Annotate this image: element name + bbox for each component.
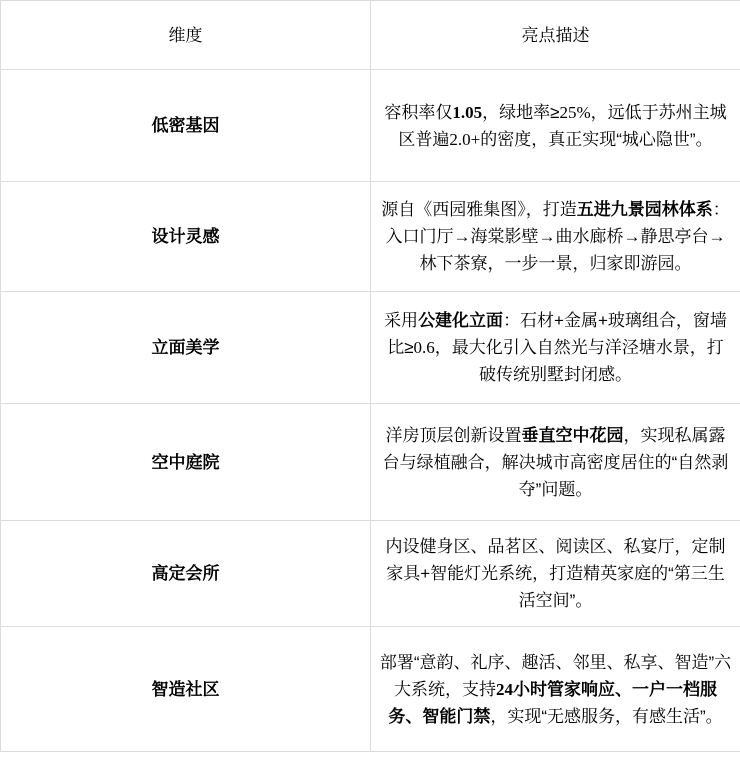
column-header-description: 亮点描述 (371, 1, 740, 70)
description-cell-design-inspiration: 源自《西园雅集图》，打造五进九景园林体系：入口门厅→海棠影壁→曲水廊桥→静思亭台… (371, 182, 740, 292)
description-segment: 洋房顶层创新设置 (386, 426, 522, 445)
description-segment: ，实现“无感服务，有感生活”。 (490, 707, 722, 726)
table-row: 立面美学 采用公建化立面：石材+金属+玻璃组合，窗墙比≥0.6，最大化引入自然光… (1, 292, 740, 404)
description-segment: 容积率仅 (384, 103, 452, 122)
column-header-dimension: 维度 (1, 1, 371, 70)
description-segment: 垂直空中花园 (522, 426, 624, 445)
highlights-table: 维度 亮点描述 低密基因 容积率仅1.05，绿地率≥25%，远低于苏州主城区普遍… (0, 0, 740, 752)
description-segment: 24 (496, 680, 513, 699)
description-cell-facade-aesthetics: 采用公建化立面：石材+金属+玻璃组合，窗墙比≥0.6，最大化引入自然光与洋泾塘水… (371, 292, 740, 404)
dimension-cell-clubhouse: 高定会所 (1, 521, 371, 627)
description-segment: ，最大化引入自然光与洋泾塘水景，打破传统别墅封闭感。 (435, 338, 724, 384)
description-segment: 内设健身区、品茗区、阅读区、私宴厅，定制家具+智能灯光系统，打造精英家庭的“第三… (386, 537, 726, 610)
table-row: 空中庭院 洋房顶层创新设置垂直空中花园，实现私属露台与绿植融合，解决城市高密度居… (1, 404, 740, 521)
description-cell-clubhouse: 内设健身区、品茗区、阅读区、私宴厅，定制家具+智能灯光系统，打造精英家庭的“第三… (371, 521, 740, 627)
table-row: 智造社区 部署“意韵、礼序、趣活、邻里、私享、智造”六大系统，支持24小时管家响… (1, 627, 740, 752)
description-cell-low-density: 容积率仅1.05，绿地率≥25%，远低于苏州主城区普遍2.0+的密度，真正实现“… (371, 70, 740, 182)
description-segment: 1.05 (452, 103, 482, 122)
table-row: 低密基因 容积率仅1.05，绿地率≥25%，远低于苏州主城区普遍2.0+的密度，… (1, 70, 740, 182)
dimension-cell-smart-community: 智造社区 (1, 627, 371, 752)
description-cell-sky-courtyard: 洋房顶层创新设置垂直空中花园，实现私属露台与绿植融合，解决城市高密度居住的“自然… (371, 404, 740, 521)
description-segment: 2.0+ (449, 130, 480, 149)
dimension-cell-sky-courtyard: 空中庭院 (1, 404, 371, 521)
description-segment: 源自《西园雅集图》，打造 (381, 200, 577, 219)
dimension-cell-facade-aesthetics: 立面美学 (1, 292, 371, 404)
dimension-cell-design-inspiration: 设计灵感 (1, 182, 371, 292)
description-segment: 0.6 (414, 338, 435, 357)
header-row: 维度 亮点描述 (1, 1, 740, 70)
description-segment: 公建化立面 (418, 311, 503, 330)
description-cell-smart-community: 部署“意韵、礼序、趣活、邻里、私享、智造”六大系统，支持24小时管家响应、一户一… (371, 627, 740, 752)
dimension-cell-low-density: 低密基因 (1, 70, 371, 182)
description-segment: 五进九景园林体系 (577, 200, 713, 219)
description-segment: ，绿地率≥ (482, 103, 559, 122)
table-row: 设计灵感 源自《西园雅集图》，打造五进九景园林体系：入口门厅→海棠影壁→曲水廊桥… (1, 182, 740, 292)
description-segment: 25% (559, 103, 590, 122)
description-segment: 采用 (384, 311, 418, 330)
table-row: 高定会所 内设健身区、品茗区、阅读区、私宴厅，定制家具+智能灯光系统，打造精英家… (1, 521, 740, 627)
description-segment: 的密度，真正实现“城心隐世”。 (480, 130, 712, 149)
